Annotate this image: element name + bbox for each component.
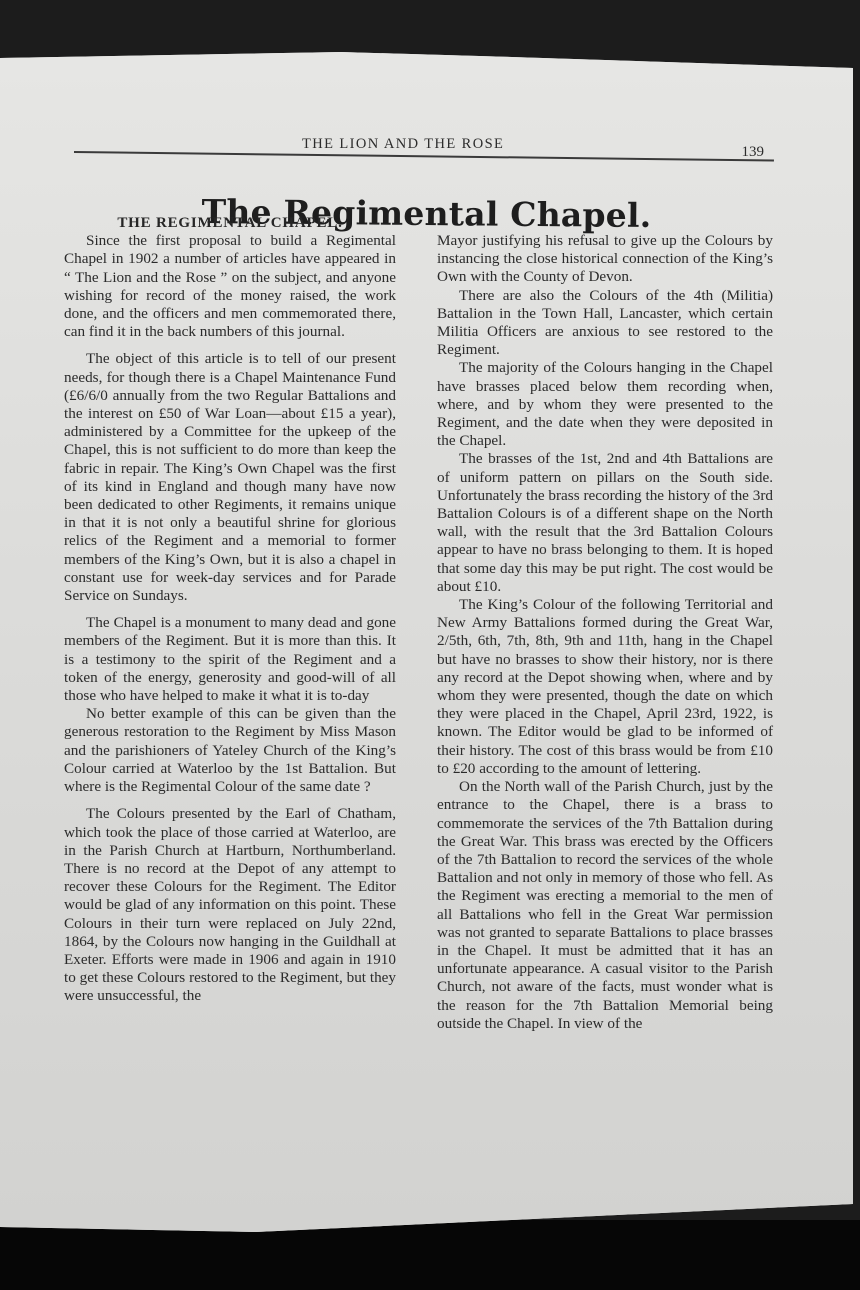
paragraph: The Chapel is a monument to many dead an… (64, 614, 396, 705)
paragraph: There are also the Colours of the 4th (M… (437, 287, 773, 360)
running-head: THE LION AND THE ROSE 139 (74, 134, 774, 174)
journal-page: THE LION AND THE ROSE 139 The Regimental… (0, 52, 853, 1237)
paragraph: The object of this article is to tell of… (64, 350, 396, 605)
journal-title: THE LION AND THE ROSE (302, 136, 504, 153)
paragraph: No better example of this can be given t… (64, 705, 396, 796)
paragraph: On the North wall of the Parish Church, … (437, 778, 773, 1033)
paragraph: The Colours presented by the Earl of Cha… (64, 805, 396, 1005)
paragraph: Since the first proposal to build a Regi… (64, 232, 396, 341)
paragraph: Mayor justifying his refusal to give up … (437, 232, 773, 287)
section-subheading: THE REGIMENTAL CHAPEL. (64, 214, 396, 232)
left-column: THE REGIMENTAL CHAPEL. Since the first p… (64, 214, 396, 1006)
right-column: Mayor justifying his refusal to give up … (437, 232, 773, 1033)
paragraph: The King’s Colour of the following Terri… (437, 596, 773, 778)
paragraph: The majority of the Colours hanging in t… (437, 359, 773, 450)
paragraph: The brasses of the 1st, 2nd and 4th Batt… (437, 450, 773, 596)
dark-backdrop (0, 1220, 860, 1290)
